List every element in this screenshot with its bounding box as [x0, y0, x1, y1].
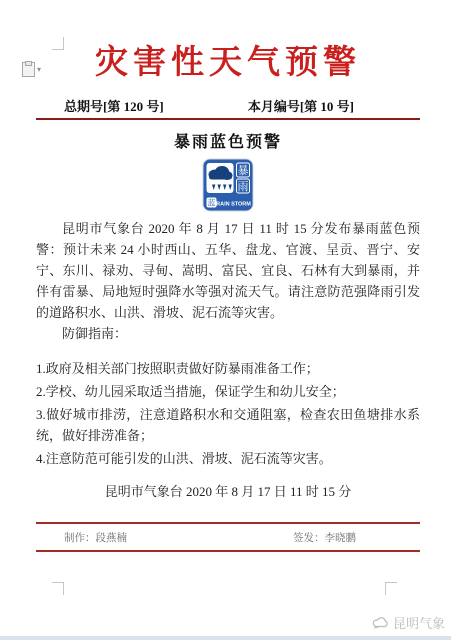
icon-caption: RAIN STORM	[216, 201, 251, 207]
warning-subtitle: 暴雨蓝色预警	[36, 129, 420, 152]
clipboard-icon	[22, 62, 35, 77]
watermark: 昆明气象	[372, 613, 445, 632]
guide-item-3: 3.做好城市排涝，注意道路积水和交通阻塞，检查农田鱼塘排水系统，做好排涝准备；	[36, 404, 420, 446]
issue-total-number: 总期号[第 120 号]	[64, 96, 164, 115]
issuing-agency-date: 昆明市气象台 2020 年 8 月 17 日 11 时 15 分	[36, 481, 420, 500]
icon-char-bao: 暴	[238, 164, 249, 177]
warning-sign-wrap: 暴 雨 蓝 RAIN STORM	[36, 158, 420, 212]
paste-options-button[interactable]: ▾	[22, 62, 41, 77]
margin-corner-mark-bottom-right	[385, 582, 397, 595]
defense-guide-heading: 防御指南：	[36, 323, 420, 344]
guide-item-1: 1.政府及相关部门按照职责做好防暴雨准备工作；	[36, 358, 420, 379]
icon-char-yu: 雨	[238, 180, 249, 193]
guide-item-2: 2.学校、幼儿园采取适当措施，保证学生和幼儿安全；	[36, 381, 420, 402]
document-page: ▾ 灾害性天气预警 总期号[第 120 号] 本月编号[第 10 号] 暴雨蓝色…	[0, 0, 451, 640]
rainstorm-blue-warning-icon: 暴 雨 蓝 RAIN STORM	[202, 158, 254, 212]
warning-body-paragraph: 昆明市气象台 2020 年 8 月 17 日 11 时 15 分发布暴雨蓝色预警…	[36, 218, 420, 323]
issue-month-number: 本月编号[第 10 号]	[248, 96, 354, 115]
margin-corner-mark-bottom-left	[52, 582, 64, 595]
watermark-text: 昆明气象	[393, 613, 445, 632]
guide-item-4: 4.注意防范可能引发的山洪、滑坡、泥石流等灾害。	[36, 448, 420, 469]
issue-number-row: 总期号[第 120 号] 本月编号[第 10 号]	[36, 96, 420, 115]
footer-bar: 制作：段燕楠 签发：李晓鹏	[36, 522, 420, 552]
margin-corner-mark-top-left	[52, 37, 64, 50]
header-divider	[36, 118, 420, 120]
bottom-edge-strip	[0, 636, 451, 640]
icon-badge-blue: 蓝	[208, 197, 216, 207]
footer-maker: 制作：段燕楠	[64, 530, 127, 545]
defense-guide-list: 1.政府及相关部门按照职责做好防暴雨准备工作； 2.学校、幼儿园采取适当措施，保…	[36, 358, 420, 469]
cloud-logo-icon	[372, 616, 390, 629]
chevron-down-icon: ▾	[37, 65, 41, 74]
document-title: 灾害性天气预警	[36, 44, 420, 84]
footer-signer: 签发：李晓鹏	[293, 530, 356, 545]
